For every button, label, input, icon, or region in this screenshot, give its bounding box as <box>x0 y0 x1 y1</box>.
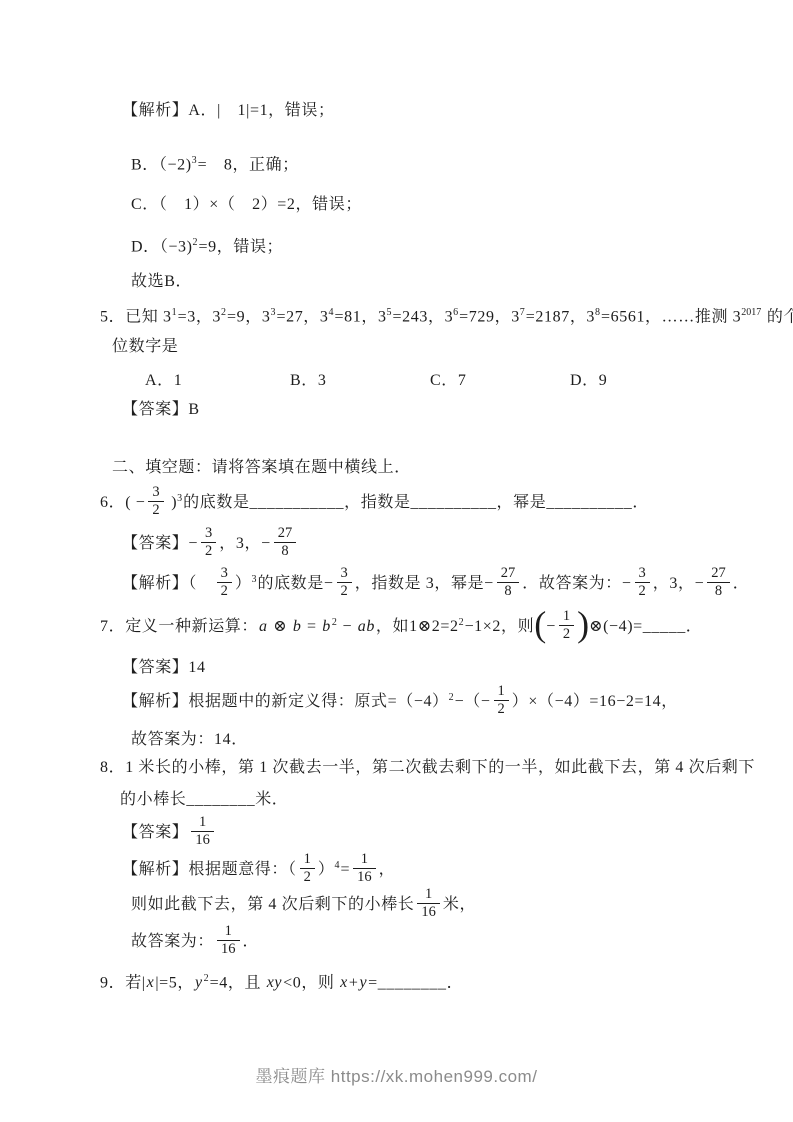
q4-analysis-option-a: 【解析】A．| 1|=1，错误； <box>122 100 793 121</box>
q8-analysis-line2: 则如此截下去，第 4 次后剩下的小棒长116米， <box>131 888 793 923</box>
q7-stem: 7．定义一种新运算：a ⊗ b = b2 − ab，如1⊗2=22−1×2，则(… <box>100 610 793 645</box>
q6-analysis: 【解析】（ 32）3的底数是−32，指数是 3，幂是−278．故答案为：−32，… <box>122 567 793 602</box>
q6-answer: 【答案】−32，3，−278 <box>122 527 793 562</box>
q5-option-a: A．1 <box>145 370 290 391</box>
q7-answer: 【答案】14 <box>122 657 793 678</box>
q5-options: A．1B．3C．7D．9 <box>100 370 793 391</box>
q5-option-d: D．9 <box>570 370 607 391</box>
q7-analysis-conclusion: 故答案为：14． <box>131 729 793 750</box>
q4-analysis-option-c: C．（ 1）×（ 2）=2，错误； <box>131 194 793 215</box>
q8-stem-line1: 8．1 米长的小棒，第 1 次截去一半，第二次截去剩下的一半，如此截下去，第 4… <box>100 757 793 778</box>
site-credit: 墨痕题库 https://xk.mohen999.com/ <box>256 1067 538 1086</box>
q5-answer: 【答案】B <box>122 399 793 420</box>
q4-analysis-option-d: D．（−3)2=9，错误； <box>131 232 793 257</box>
q7-analysis: 【解析】根据题中的新定义得：原式=（−4）2−（−12）×（−4）=16−2=1… <box>122 685 793 720</box>
q9-stem: 9．若|x|=5，y2=4，且 xy<0，则 x+y=________． <box>100 968 793 993</box>
q6-stem: 6．( −32 )3的底数是___________，指数是__________，… <box>100 486 793 521</box>
q8-analysis-conclusion: 故答案为：116． <box>131 925 793 960</box>
worksheet-page: 【解析】A．| 1|=1，错误； B．（−2)3= 8，正确； C．（ 1）×（… <box>0 0 793 1122</box>
q8-analysis-line1: 【解析】根据题意得：（12）4=116， <box>122 853 793 888</box>
q8-stem-line2: 的小棒长________米． <box>120 789 793 810</box>
q4-analysis-option-b: B．（−2)3= 8，正确； <box>131 150 793 175</box>
q5-option-b: B．3 <box>290 370 430 391</box>
footer: 墨痕题库 https://xk.mohen999.com/ <box>0 1062 793 1087</box>
q4-analysis-conclusion: 故选B． <box>131 271 793 292</box>
q5-stem-line2: 位数字是 <box>112 336 793 357</box>
section-2-title: 二、填空题：请将答案填在题中横线上． <box>112 457 793 478</box>
q8-answer: 【答案】116 <box>122 816 793 851</box>
q5-stem-line1: 5．已知 31=3，32=9，33=27，34=81，35=243，36=729… <box>100 302 793 327</box>
q5-option-c: C．7 <box>430 370 570 391</box>
